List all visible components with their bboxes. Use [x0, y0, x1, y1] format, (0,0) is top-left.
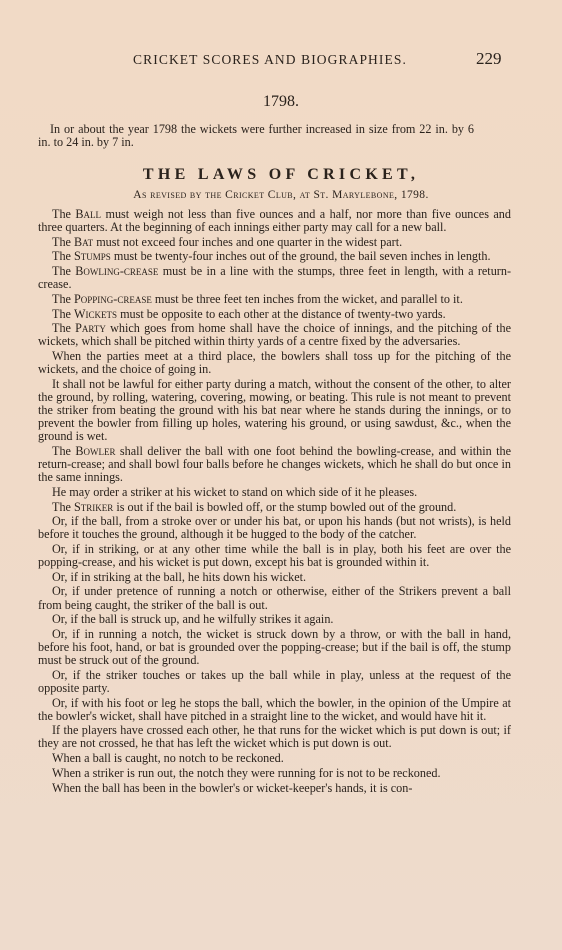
- law-paragraph: Or, if under pretence of running a notch…: [38, 585, 511, 611]
- law-paragraph: The Popping-crease must be three feet te…: [38, 293, 511, 306]
- law-paragraph: He may order a striker at his wicket to …: [38, 486, 511, 499]
- running-title: CRICKET SCORES AND BIOGRAPHIES.: [120, 52, 420, 68]
- intro-text: In or about the year 1798 the wickets we…: [38, 123, 474, 149]
- law-paragraph: It shall not be lawful for either party …: [38, 378, 511, 443]
- law-text: Or, if in running a notch, the wicket is…: [38, 627, 511, 667]
- law-lead: The: [52, 307, 74, 321]
- law-lead: The: [52, 235, 74, 249]
- laws-subtitle: As revised by the Cricket Club, at St. M…: [0, 189, 562, 201]
- law-paragraph: Or, if in running a notch, the wicket is…: [38, 628, 511, 667]
- law-keyword: Bowling-crease: [75, 264, 158, 278]
- law-paragraph: Or, if the ball is struck up, and he wil…: [38, 613, 511, 626]
- law-text: It shall not be lawful for either party …: [38, 377, 511, 443]
- law-text: If the players have crossed each other, …: [38, 723, 511, 750]
- laws-title: THE LAWS OF CRICKET,: [0, 166, 562, 184]
- law-paragraph: When the ball has been in the bowler's o…: [38, 782, 511, 795]
- law-text: Or, if under pretence of running a notch…: [38, 584, 511, 611]
- law-paragraph: The Bowling-crease must be in a line wit…: [38, 265, 511, 291]
- laws-body: The Ball must weigh not less than five o…: [38, 208, 511, 796]
- law-lead: The: [52, 264, 75, 278]
- law-keyword: Bowler: [75, 444, 115, 458]
- law-paragraph: The Ball must weigh not less than five o…: [38, 208, 511, 234]
- law-text: He may order a striker at his wicket to …: [52, 485, 417, 499]
- law-paragraph: When the parties meet at a third place, …: [38, 350, 511, 376]
- page-number: 229: [476, 49, 502, 69]
- law-keyword: Bat: [74, 235, 93, 249]
- law-paragraph: The Party which goes from home shall hav…: [38, 322, 511, 348]
- law-text: must be three feet ten inches from the w…: [152, 292, 463, 306]
- law-text: Or, if in striking, or at any other time…: [38, 542, 511, 569]
- law-keyword: Ball: [75, 207, 101, 221]
- law-paragraph: If the players have crossed each other, …: [38, 724, 511, 750]
- law-lead: The: [52, 292, 74, 306]
- law-keyword: Party: [75, 321, 106, 335]
- law-paragraph: The Bowler shall deliver the ball with o…: [38, 445, 511, 484]
- law-paragraph: Or, if with his foot or leg he stops the…: [38, 697, 511, 723]
- law-text: Or, if the ball, from a stroke over or u…: [38, 514, 511, 541]
- law-text: must weigh not less than five ounces and…: [38, 207, 511, 234]
- law-text: Or, if in striking at the ball, he hits …: [52, 570, 306, 584]
- law-lead: The: [52, 207, 75, 221]
- law-paragraph: The Bat must not exceed four inches and …: [38, 236, 511, 249]
- law-text: must be twenty-four inches out of the gr…: [111, 249, 491, 263]
- intro-paragraph: In or about the year 1798 the wickets we…: [38, 123, 474, 149]
- law-text: must be opposite to each other at the di…: [117, 307, 446, 321]
- law-paragraph: The Stumps must be twenty-four inches ou…: [38, 250, 511, 263]
- law-paragraph: Or, if in striking at the ball, he hits …: [38, 571, 511, 584]
- law-text: When the ball has been in the bowler's o…: [52, 781, 412, 795]
- law-text: When a ball is caught, no notch to be re…: [52, 751, 284, 765]
- law-paragraph: When a ball is caught, no notch to be re…: [38, 752, 511, 765]
- law-keyword: Wickets: [74, 307, 117, 321]
- law-text: When the parties meet at a third place, …: [38, 349, 511, 376]
- law-lead: The: [52, 249, 74, 263]
- law-paragraph: The Wickets must be opposite to each oth…: [38, 308, 511, 321]
- law-paragraph: The Striker is out if the bail is bowled…: [38, 501, 511, 514]
- law-text: is out if the bail is bowled off, or the…: [113, 500, 456, 514]
- law-paragraph: Or, if the ball, from a stroke over or u…: [38, 515, 511, 541]
- law-lead: The: [52, 321, 75, 335]
- law-lead: The: [52, 500, 74, 514]
- law-text: which goes from home shall have the choi…: [38, 321, 511, 348]
- law-paragraph: When a striker is run out, the notch the…: [38, 767, 511, 780]
- law-text: Or, if the ball is struck up, and he wil…: [52, 612, 333, 626]
- running-head: CRICKET SCORES AND BIOGRAPHIES. 229: [0, 52, 562, 72]
- law-keyword: Popping-crease: [74, 292, 152, 306]
- law-lead: The: [52, 444, 75, 458]
- law-text: must not exceed four inches and one quar…: [93, 235, 402, 249]
- law-keyword: Striker: [74, 500, 113, 514]
- law-paragraph: Or, if the striker touches or takes up t…: [38, 669, 511, 695]
- law-keyword: Stumps: [74, 249, 111, 263]
- year-heading: 1798.: [0, 93, 562, 111]
- book-page: CRICKET SCORES AND BIOGRAPHIES. 229 1798…: [0, 0, 562, 950]
- law-text: Or, if the striker touches or takes up t…: [38, 668, 511, 695]
- law-paragraph: Or, if in striking, or at any other time…: [38, 543, 511, 569]
- law-text: Or, if with his foot or leg he stops the…: [38, 696, 511, 723]
- law-text: When a striker is run out, the notch the…: [52, 766, 441, 780]
